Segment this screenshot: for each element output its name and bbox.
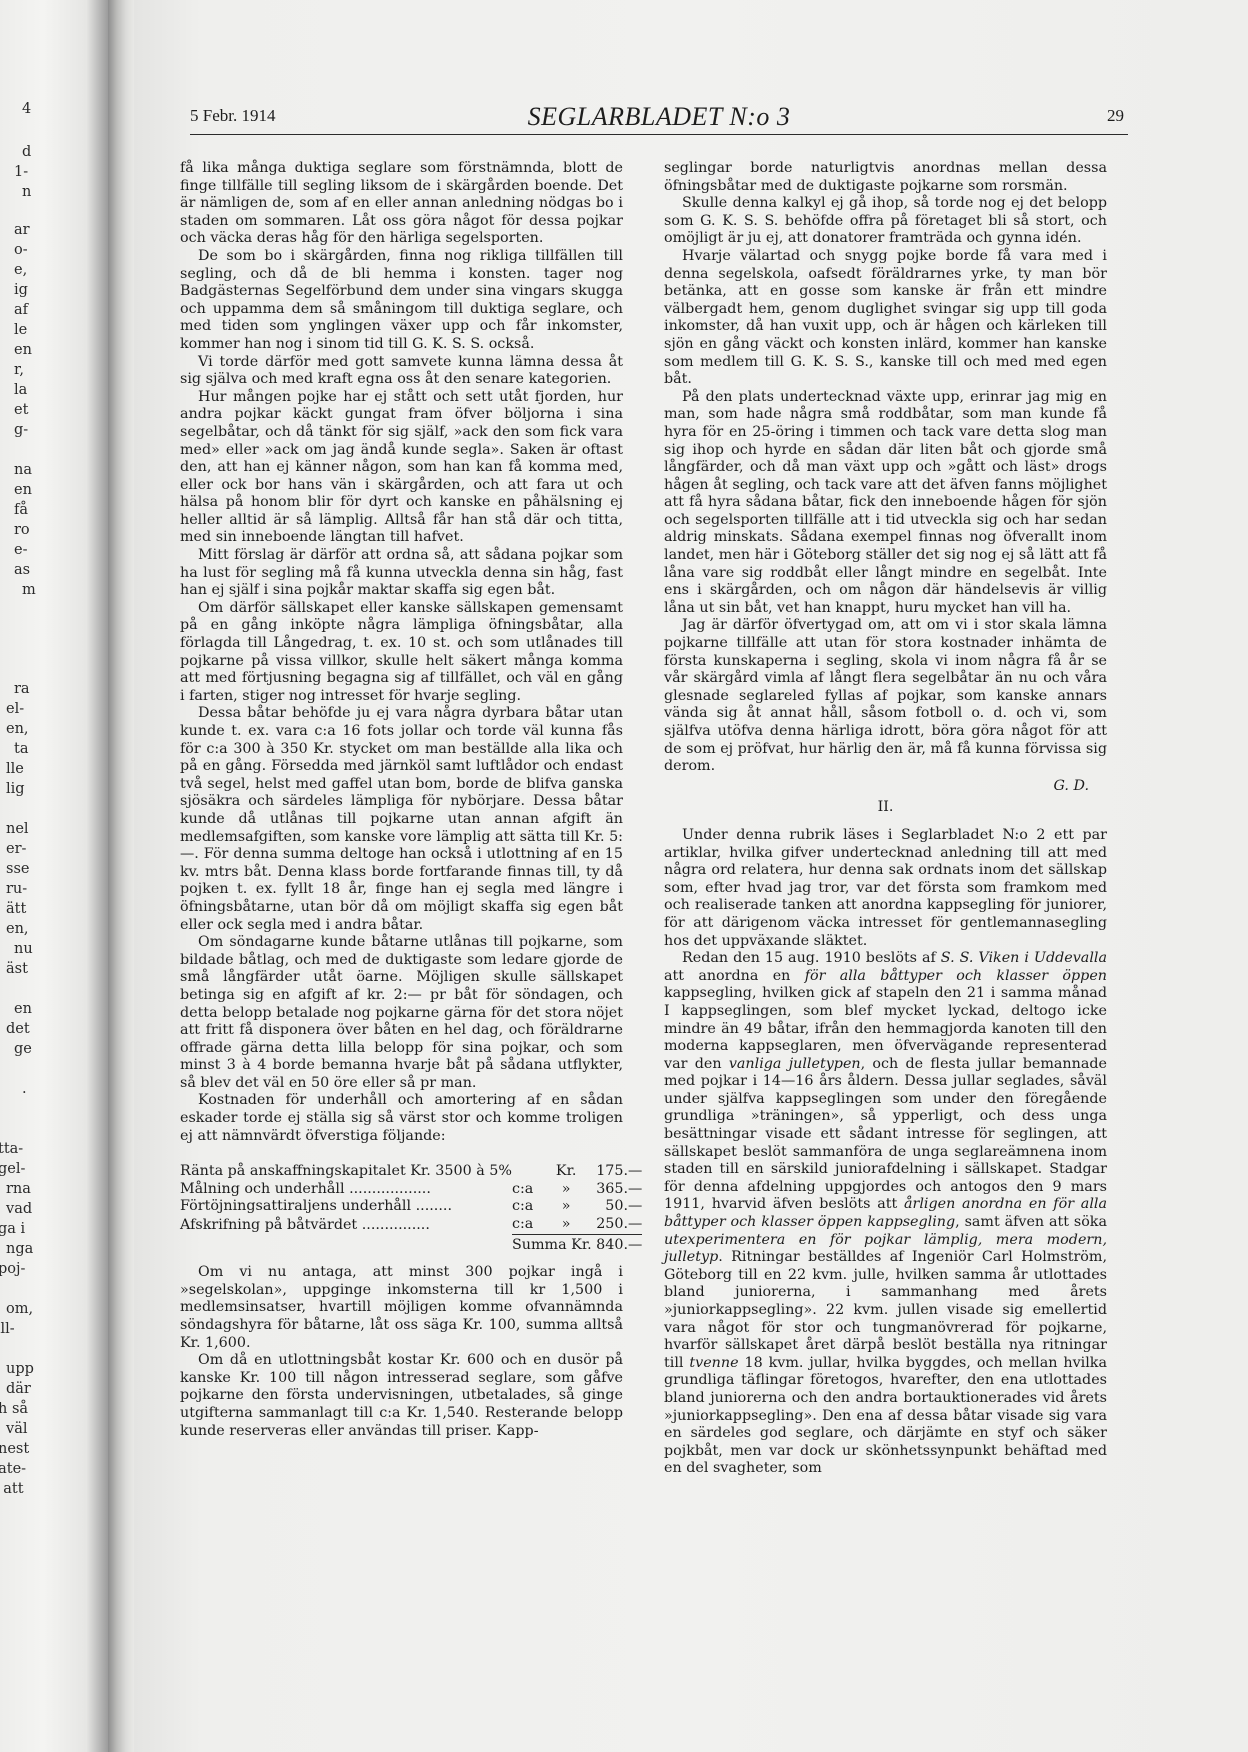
cost-amount: 250.—: [581, 1216, 642, 1234]
facing-page-fragment: ar: [14, 221, 30, 240]
facing-page-fragment: m: [22, 581, 36, 600]
facing-page-fragment: rna: [6, 1180, 31, 1199]
paragraph: Skulle denna kalkyl ej gå ihop, så torde…: [664, 195, 1107, 248]
facing-page-fragment: e-: [14, 541, 27, 560]
facing-page-fragment: där: [6, 1380, 31, 1399]
paragraph: Vi torde därför med gott samvete kunna l…: [180, 354, 623, 389]
cost-row: Förtöjningsattiraljens underhåll .......…: [180, 1198, 642, 1216]
facing-page-fragment: ge: [14, 1040, 32, 1059]
book-gutter-shadow: [108, 0, 134, 1752]
facing-page-fragment: 4: [22, 100, 31, 119]
paragraph: Om då en utlottningsbåt kostar Kr. 600 o…: [180, 1352, 623, 1440]
facing-page-fragment: en: [14, 341, 32, 360]
italic-emphasis: S. S. Viken i Uddevalla: [941, 950, 1107, 966]
facing-page-fragment: ig: [14, 281, 28, 300]
facing-page-fragment: na: [14, 461, 32, 480]
facing-page-fragment: la: [14, 381, 27, 400]
approx-marker: c:a: [512, 1181, 551, 1199]
italic-emphasis: för alla båttyper och klasser öppen: [805, 968, 1107, 984]
text-run: , och de flesta jullar bemannade med poj…: [664, 1056, 1107, 1213]
facing-page-fragment: ro: [14, 521, 30, 540]
facing-page-fragment: nu: [14, 940, 33, 959]
italic-emphasis: tvenne: [689, 1355, 738, 1371]
paragraph: Om vi nu antaga, att minst 300 pojkar in…: [180, 1264, 623, 1352]
facing-page-fragment: e,: [14, 261, 27, 280]
facing-page-fragment: sse: [6, 860, 29, 879]
cost-label: Förtöjningsattiraljens underhåll .......…: [180, 1198, 512, 1216]
facing-page-fragment: el-: [6, 700, 24, 719]
text-run: Redan den 15 aug. 1910 beslöts af: [682, 950, 941, 966]
facing-page-fragment: er-: [6, 840, 26, 859]
paragraph: Hur mången pojke har ej stått och sett u…: [180, 389, 623, 547]
facing-page-fragment: .: [22, 1080, 27, 1099]
facing-page-fragment: tta-: [0, 1140, 23, 1159]
facing-page-fragment: r,: [14, 361, 24, 380]
publication-title: SEGLARBLADET N:o 3: [190, 102, 1128, 132]
approx-marker: c:a: [512, 1216, 551, 1234]
paragraph: Under denna rubrik läses i Seglarbladet …: [664, 827, 1107, 950]
cost-label: Afskrifning på båtvärdet ...............: [180, 1216, 512, 1234]
facing-page-fragment: ru-: [6, 880, 27, 899]
facing-page-fragment: et: [14, 401, 28, 420]
cost-total-row: Summa Kr. 840.—: [180, 1234, 642, 1254]
paragraph: Mitt förslag är därför att ordna så, att…: [180, 547, 623, 600]
currency: Kr.: [551, 1163, 581, 1181]
facing-page-fragment: h så: [0, 1400, 28, 1419]
right-column: seglingar borde naturligtvis anordnas me…: [664, 160, 1107, 1478]
facing-page-fragment: n: [22, 183, 31, 202]
cost-row: Målning och underhåll ..................…: [180, 1181, 642, 1199]
facing-page-fragment: vad: [6, 1200, 32, 1219]
facing-page-fragment: ga i: [0, 1220, 25, 1239]
left-column: få lika många duktiga seglare som förstn…: [180, 160, 623, 1440]
paragraph: Om söndagarne kunde båtarne utlånas till…: [180, 934, 623, 1092]
currency: »: [551, 1216, 581, 1234]
cost-amount: 175.—: [581, 1163, 642, 1181]
paragraph: Dessa båtar behöfde ju ej vara några dyr…: [180, 705, 623, 934]
facing-page-fragment: d: [22, 143, 31, 162]
paragraph: Om därför sällskapet eller kanske sällsk…: [180, 600, 623, 706]
facing-page-fragment: ra: [14, 680, 30, 699]
paragraph: få lika många duktiga seglare som förstn…: [180, 160, 623, 248]
paragraph: Kostnaden för underhåll och amortering a…: [180, 1092, 623, 1145]
facing-page-fragment: lig: [6, 780, 25, 799]
facing-page-fragment: ätt: [6, 900, 26, 919]
facing-page-fragment: nest: [0, 1440, 29, 1459]
approx-marker: c:a: [512, 1198, 551, 1216]
paragraph: Redan den 15 aug. 1910 beslöts af S. S. …: [664, 950, 1107, 1478]
spacer: [180, 1234, 512, 1254]
facing-page-fragment: nga: [6, 1240, 33, 1259]
facing-page-fragment: nel: [6, 820, 29, 839]
paragraph: seglingar borde naturligtvis anordnas me…: [664, 160, 1107, 195]
cost-label: Målning och underhåll ..................: [180, 1181, 512, 1199]
paragraph: De som bo i skärgården, finna nog riklig…: [180, 248, 623, 354]
facing-page-fragment: ta: [14, 740, 28, 759]
paragraph: På den plats undertecknad växte upp, eri…: [664, 389, 1107, 618]
facing-page-fragment: a att: [0, 1480, 24, 1499]
facing-page-fragment: om,: [6, 1300, 33, 1319]
facing-page-fragment: få: [14, 501, 28, 520]
facing-page-fragment: upp: [6, 1360, 34, 1379]
facing-page-fragment: poj-: [0, 1260, 25, 1279]
cost-table: Ränta på anskaffningskapitalet Kr. 3500 …: [180, 1163, 642, 1254]
facing-page-fragment: en,: [6, 720, 29, 739]
facing-page-fragment: väl: [6, 1420, 27, 1439]
paragraph: Jag är därför öfvertygad om, att om vi i…: [664, 617, 1107, 775]
facing-page-fragment: gel-: [0, 1160, 25, 1179]
facing-page-fragment: g-: [14, 421, 28, 440]
text-run: , samt äfven att söka: [955, 1214, 1107, 1230]
facing-page-fragment: äst: [6, 960, 28, 979]
approx-marker: [512, 1163, 551, 1181]
facing-page-fragment: till-: [0, 1320, 15, 1339]
paragraph: Hvarje välartad och snygg pojke borde få…: [664, 248, 1107, 389]
author-signature: G. D.: [664, 778, 1107, 796]
cost-amount: 365.—: [581, 1181, 642, 1199]
facing-page-fragment: en: [14, 481, 32, 500]
facing-page-edge: 4d1-naro-e,igafleenr,laetg-naenfåroe-asm…: [0, 0, 108, 1752]
italic-emphasis: vanliga julletypen: [729, 1056, 861, 1072]
section-heading: II.: [664, 799, 1107, 817]
facing-page-fragment: af: [14, 301, 28, 320]
cost-total: Summa Kr. 840.—: [512, 1234, 642, 1254]
cost-row: Ränta på anskaffningskapitalet Kr. 3500 …: [180, 1163, 642, 1181]
cost-row: Afskrifning på båtvärdet ...............…: [180, 1216, 642, 1234]
text-run: 18 kvm. jullar, hvilka byggdes, och mell…: [664, 1355, 1107, 1477]
facing-page-fragment: o-: [14, 241, 28, 260]
facing-page-fragment: det: [6, 1020, 30, 1039]
facing-page-fragment: en,: [6, 920, 29, 939]
facing-page-fragment: cate-: [0, 1460, 26, 1479]
cost-amount: 50.—: [581, 1198, 642, 1216]
section-ii-paragraphs: Under denna rubrik läses i Seglarbladet …: [664, 827, 1107, 1478]
left-column-paragraphs: få lika många duktiga seglare som förstn…: [180, 160, 623, 1145]
facing-page-fragment: lle: [6, 760, 24, 779]
text-run: . Ritningar beställdes af Ingeniör Carl …: [664, 1249, 1107, 1371]
facing-page-fragment: 1-: [14, 163, 28, 182]
page-number: 29: [1107, 106, 1124, 126]
text-run: att anordna en: [664, 968, 805, 984]
facing-page-fragment: as: [14, 561, 30, 580]
cost-label: Ränta på anskaffningskapitalet Kr. 3500 …: [180, 1163, 512, 1181]
currency: »: [551, 1198, 581, 1216]
facing-page-fragment: en: [14, 1000, 32, 1019]
right-column-paragraphs: seglingar borde naturligtvis anordnas me…: [664, 160, 1107, 776]
facing-page-fragment: le: [14, 321, 27, 340]
running-header: 5 Febr. 1914 SEGLARBLADET N:o 3 29: [190, 102, 1128, 135]
currency: »: [551, 1181, 581, 1199]
left-column-paragraphs-after-table: Om vi nu antaga, att minst 300 pojkar in…: [180, 1264, 623, 1440]
